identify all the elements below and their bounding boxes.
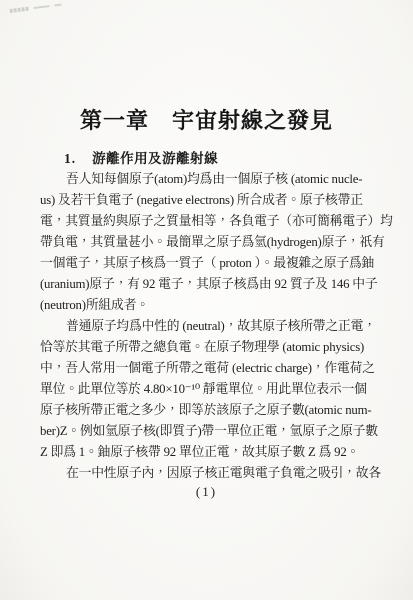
watermark-mark — [17, 8, 20, 12]
text-line: 一個電子，其原子核爲一質子（ proton ）。最複雜之原子爲鈾 — [40, 253, 385, 274]
text-line: 電，其質量約與原子之質量相等，各負電子（亦可簡稱電子）均 — [40, 211, 385, 232]
text-line: ber)Z。例如氫原子核(即質子)帶一單位正電，氫原子之原子數 — [40, 421, 385, 442]
watermark-mark — [54, 4, 61, 6]
text-line: Z 即爲 1。鈾原子核帶 92 單位正電，故其原子數 Z 爲 92。 — [40, 442, 385, 463]
text-line: us) 及若干負電子 (negative electrons) 所合成者。原子核… — [40, 190, 385, 211]
text-line: 中，吾人常用一個電子所帶之電荷 (electric charge)，作電荷之 — [40, 358, 385, 379]
section-number: 1. — [64, 151, 76, 166]
body-text: 吾人知每個原子(atom)均爲由一個原子核 (atomic nucle-us) … — [40, 169, 385, 484]
book-page: 第一章 宇宙射線之發見 1.游離作用及游離射線 吾人知每個原子(atom)均爲由… — [0, 0, 413, 600]
section-heading: 1.游離作用及游離射線 — [64, 147, 218, 167]
text-line: 在一中性原子內，因原子核正電與電子負電之吸引，故各 — [40, 463, 385, 484]
watermark-mark — [13, 8, 16, 12]
watermark-mark — [9, 9, 12, 13]
text-line: 單位。此單位等於 4.80×10⁻¹⁰ 靜電單位。用此單位表示一個 — [40, 379, 385, 400]
watermark-mark — [33, 5, 49, 8]
text-line: 普通原子均爲中性的 (neutral)，故其原子核所帶之正電， — [40, 316, 385, 337]
text-line: 吾人知每個原子(atom)均爲由一個原子核 (atomic nucle- — [40, 169, 385, 190]
watermark-mark — [25, 7, 28, 11]
section-title: 游離作用及游離射線 — [92, 151, 218, 166]
watermark-mark — [21, 7, 24, 11]
text-line: 原子核所帶正電之多少，即等於該原子之原子數(atomic num- — [40, 400, 385, 421]
text-line: 恰等於其電子所帶之總負電。在原子物理學 (atomic physics) — [40, 337, 385, 358]
page-number: (1) — [0, 484, 413, 500]
text-line: 帶負電，其質量甚小。最簡單之原子爲氫(hydrogen)原子，祇有 — [40, 232, 385, 253]
watermark — [9, 0, 80, 17]
text-line: (neutron)所組成者。 — [40, 295, 385, 316]
text-line: (uranium)原子，有 92 電子，其原子核爲由 92 質子及 146 中子 — [40, 274, 385, 295]
chapter-title: 第一章 宇宙射線之發見 — [0, 104, 413, 135]
